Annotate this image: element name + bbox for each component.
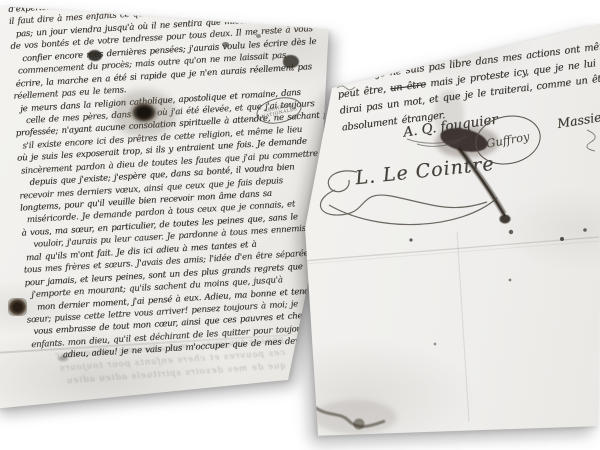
signature-flourish — [587, 130, 595, 151]
right-page-shadow-wrap: Lel Comme je ne suis pas libre dans mes … — [0, 0, 600, 450]
fold-crease — [303, 237, 599, 261]
ink-speck — [509, 279, 512, 282]
ink-speck — [428, 45, 431, 48]
damp-stain-vein — [313, 406, 385, 426]
ink-speck — [560, 237, 564, 241]
ink-speck — [480, 40, 483, 43]
fold-crease — [303, 241, 599, 264]
signature-guffroy: Guffroy — [485, 129, 530, 150]
ink-speck — [434, 343, 437, 346]
struck-word: un être — [390, 79, 427, 94]
signature-massieu: Massieu — [556, 108, 600, 131]
inserted-word: Lel — [355, 58, 373, 71]
signature-lecointre: L. Le Cointre — [354, 153, 495, 189]
damp-stain-spot — [354, 419, 365, 430]
ink-drop — [500, 215, 511, 224]
letter-page-right: Lel Comme je ne suis pas libre dans mes … — [299, 18, 600, 440]
ink-speck — [409, 238, 412, 241]
photo-canvas: pensez toujours à moi adieu ma chère sœu… — [0, 0, 600, 450]
fold-crease — [457, 232, 469, 422]
ink-drop — [509, 230, 513, 234]
damp-stain — [313, 400, 397, 434]
ink-speck — [583, 228, 587, 232]
